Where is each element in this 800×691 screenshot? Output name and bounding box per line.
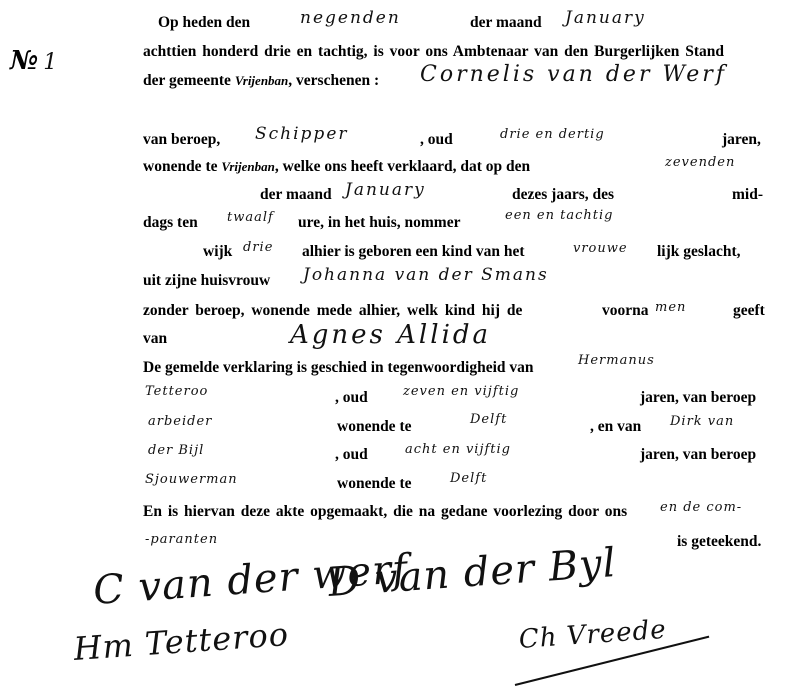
- handwritten-age: drie en dertig: [500, 127, 605, 142]
- handwritten-district: drie: [243, 240, 273, 255]
- printed-text: En is hiervan deze akte opgemaakt, die n…: [143, 503, 627, 521]
- handwritten-witness1-age: zeven en vijftig: [403, 384, 519, 399]
- handwritten-name-suffix: men: [655, 300, 686, 315]
- printed-text: , oud: [420, 131, 453, 149]
- municipality-name: Vrijenban: [235, 73, 288, 88]
- printed-text: alhier is geboren een kind van het: [302, 243, 524, 261]
- printed-residence-line: wonende te Vrijenban, welke ons heeft ve…: [143, 158, 530, 176]
- handwritten-witness2-occupation: Sjouwerman: [145, 472, 238, 487]
- printed-text: geeft: [733, 302, 765, 320]
- printed-text: van: [143, 330, 167, 348]
- printed-text: der gemeente: [143, 72, 231, 89]
- handwritten-day: negenden: [300, 8, 401, 28]
- signature-official: Ch Vreede: [518, 615, 668, 655]
- printed-text: der maand: [260, 186, 332, 204]
- printed-text: voorna: [602, 302, 649, 320]
- municipality-name: Vrijenban: [221, 159, 274, 174]
- printed-text: Op heden den: [158, 14, 250, 32]
- printed-text: wonende te: [337, 418, 411, 436]
- printed-text: der maand: [470, 14, 542, 32]
- printed-text: van beroep,: [143, 131, 220, 149]
- handwritten-witness2-first: Dirk van: [670, 414, 734, 429]
- printed-text: ure, in het huis, nommer: [298, 214, 460, 232]
- printed-text: , oud: [335, 389, 368, 407]
- handwritten-birth-day: zevenden: [665, 155, 735, 170]
- handwritten-month: January: [565, 8, 646, 28]
- handwritten-birth-month: January: [345, 180, 426, 200]
- printed-text: achttien honderd drie en tachtig, is voo…: [143, 43, 724, 61]
- handwritten-closing: en de com-: [660, 500, 742, 515]
- handwritten-declarant: Cornelis van der Werf: [420, 62, 727, 87]
- birth-record-document: №1 Op heden den negenden der maand Janua…: [0, 0, 800, 691]
- handwritten-witness2-last: der Bijl: [148, 443, 204, 458]
- handwritten-witness1-first: Hermanus: [578, 353, 655, 368]
- handwritten-occupation: Schipper: [255, 124, 349, 144]
- handwritten-house-number: een en tachtig: [505, 208, 613, 223]
- handwritten-witness2-residence: Delft: [450, 471, 487, 486]
- printed-text: jaren, van beroep: [640, 446, 756, 464]
- handwritten-closing-cont: -paranten: [145, 532, 218, 547]
- printed-text: dags ten: [143, 214, 198, 232]
- printed-text: , verschenen :: [288, 72, 379, 89]
- handwritten-witness2-age: acht en vijftig: [405, 442, 511, 457]
- printed-text: dezes jaars, des: [512, 186, 614, 204]
- printed-text: lijk geslacht,: [657, 243, 741, 261]
- handwritten-sex: vrouwe: [573, 241, 628, 256]
- signature-witness1: Hm Tetteroo: [72, 615, 290, 668]
- printed-text: , welke ons heeft verklaard, dat op den: [275, 158, 530, 175]
- handwritten-witness1-last: Tetteroo: [145, 384, 208, 399]
- printed-text: jaren,: [722, 131, 761, 149]
- printed-municipality-line: der gemeente Vrijenban, verschenen :: [143, 72, 379, 90]
- handwritten-hour: twaalf: [227, 210, 274, 225]
- printed-text: zonder beroep, wonende mede alhier, welk…: [143, 302, 522, 320]
- printed-text: wonende te: [337, 475, 411, 493]
- printed-text: mid-: [732, 186, 763, 204]
- handwritten-witness1-occupation: arbeider: [148, 414, 212, 429]
- record-number: №1: [10, 46, 59, 76]
- handwritten-mother: Johanna van der Smans: [303, 265, 549, 285]
- handwritten-witness1-residence: Delft: [470, 412, 507, 427]
- printed-text: uit zijne huisvrouw: [143, 272, 270, 290]
- printed-text: wonende te: [143, 158, 217, 175]
- printed-text: jaren, van beroep: [640, 389, 756, 407]
- handwritten-child-name: Agnes Allida: [290, 320, 491, 350]
- printed-text: is geteekend.: [677, 533, 761, 551]
- printed-text: , oud: [335, 446, 368, 464]
- printed-text: wijk: [203, 243, 232, 261]
- printed-text: , en van: [590, 418, 641, 436]
- record-number-label: №: [10, 46, 37, 76]
- record-number-value: 1: [43, 50, 59, 75]
- printed-text: De gemelde verklaring is geschied in teg…: [143, 359, 534, 377]
